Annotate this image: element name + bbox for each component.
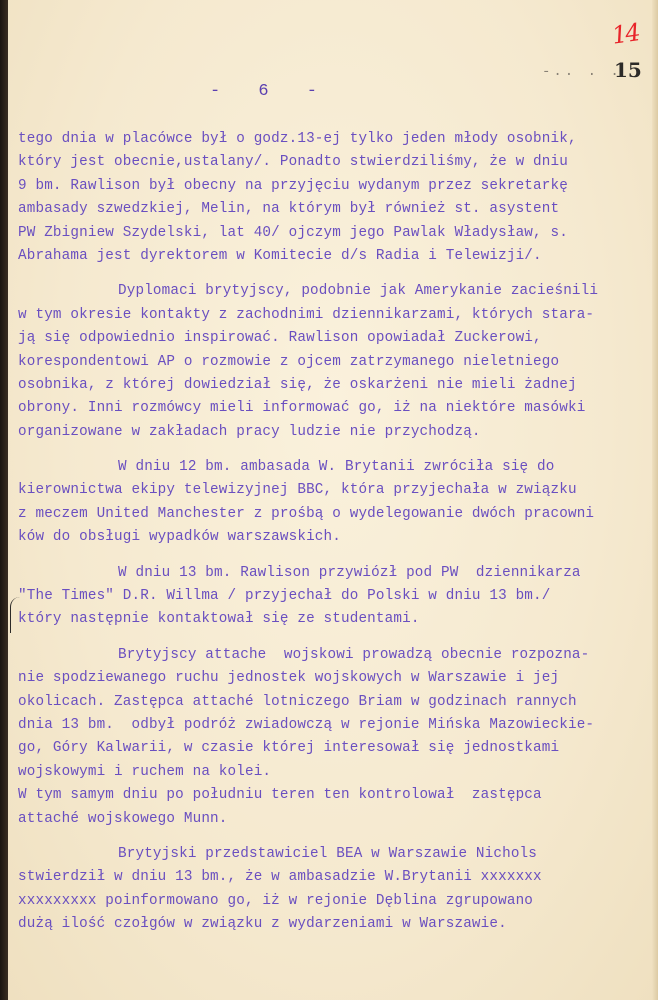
text-line: tego dnia w placówce był o godz.13-ej ty… [18, 128, 638, 151]
text-line: Brytyjski przedstawiciel BEA w Warszawie… [18, 843, 638, 866]
paragraph: W dniu 12 bm. ambasada W. Brytanii zwróc… [18, 456, 638, 550]
scan-right-edge [652, 0, 658, 1000]
handwritten-folio-number: 14 [610, 18, 640, 49]
text-line: W dniu 13 bm. Rawlison przywiózł pod PW … [18, 562, 638, 585]
paragraph-gap [18, 444, 638, 456]
document-body: tego dnia w placówce był o godz.13-ej ty… [18, 128, 638, 937]
scan-left-edge [0, 0, 8, 1000]
text-line: obrony. Inni rozmówcy mieli informować g… [18, 397, 638, 420]
text-line: go, Góry Kalwarii, w czasie której inter… [18, 737, 638, 760]
text-line: organizowane w zakładach pracy ludzie ni… [18, 421, 638, 444]
stamp-page-number: 15 [614, 58, 642, 82]
text-line: 9 bm. Rawlison był obecny na przyjęciu w… [18, 175, 638, 198]
text-line: w tym okresie kontakty z zachodnimi dzie… [18, 304, 638, 327]
text-line: ków do obsługi wypadków warszawskich. [18, 526, 638, 549]
text-line: dnia 13 bm. odbył podróż zwiadowczą w re… [18, 714, 638, 737]
text-line: z meczem United Manchester z prośbą o wy… [18, 503, 638, 526]
text-line: ambasady szwedzkiej, Melin, na którym by… [18, 198, 638, 221]
text-line: Brytyjscy attache wojskowi prowadzą obec… [18, 644, 638, 667]
text-line: "The Times" D.R. Willma / przyjechał do … [18, 585, 638, 608]
paragraph: Brytyjski przedstawiciel BEA w Warszawie… [18, 843, 638, 937]
text-line: stwierdził w dniu 13 bm., że w ambasadzi… [18, 866, 638, 889]
text-line: dużą ilość czołgów w związku z wydarzeni… [18, 913, 638, 936]
text-line: ją się odpowiednio inspirować. Rawlison … [18, 327, 638, 350]
text-line: okolicach. Zastępca attaché lotniczego B… [18, 691, 638, 714]
paragraph: Brytyjscy attache wojskowi prowadzą obec… [18, 644, 638, 831]
page-number: - 6 - [210, 82, 331, 101]
paragraph-gap [18, 550, 638, 562]
text-line: wojskowymi i ruchem na kolei. [18, 761, 638, 784]
paragraph-gap [18, 831, 638, 843]
text-line: kierownictwa ekipy telewizyjnej BBC, któ… [18, 479, 638, 502]
paragraph: Dyplomaci brytyjscy, podobnie jak Ameryk… [18, 280, 638, 444]
text-line: korespondentowi AP o rozmowie z ojcem za… [18, 351, 638, 374]
text-line: który następnie kontaktował się ze stude… [18, 608, 638, 631]
text-line: PW Zbigniew Szydelski, lat 40/ ojczym je… [18, 222, 638, 245]
text-line: osobnika, z której dowiedział się, że os… [18, 374, 638, 397]
paragraph-gap [18, 632, 638, 644]
text-line: W tym samym dniu po południu teren ten k… [18, 784, 638, 807]
paragraph: W dniu 13 bm. Rawlison przywiózł pod PW … [18, 562, 638, 632]
text-line: xxxxxxxxx poinformowano go, iż w rejonie… [18, 890, 638, 913]
text-line: Abrahama jest dyrektorem w Komitecie d/s… [18, 245, 638, 268]
paragraph: tego dnia w placówce był o godz.13-ej ty… [18, 128, 638, 268]
text-line: W dniu 12 bm. ambasada W. Brytanii zwróc… [18, 456, 638, 479]
text-line: nie spodziewanego ruchu jednostek wojsko… [18, 667, 638, 690]
text-line: który jest obecnie,ustalany/. Ponadto st… [18, 151, 638, 174]
archive-stamp: -.. . . . 15 [540, 58, 650, 88]
text-line: Dyplomaci brytyjscy, podobnie jak Ameryk… [18, 280, 638, 303]
text-line: attaché wojskowego Munn. [18, 808, 638, 831]
paragraph-gap [18, 268, 638, 280]
